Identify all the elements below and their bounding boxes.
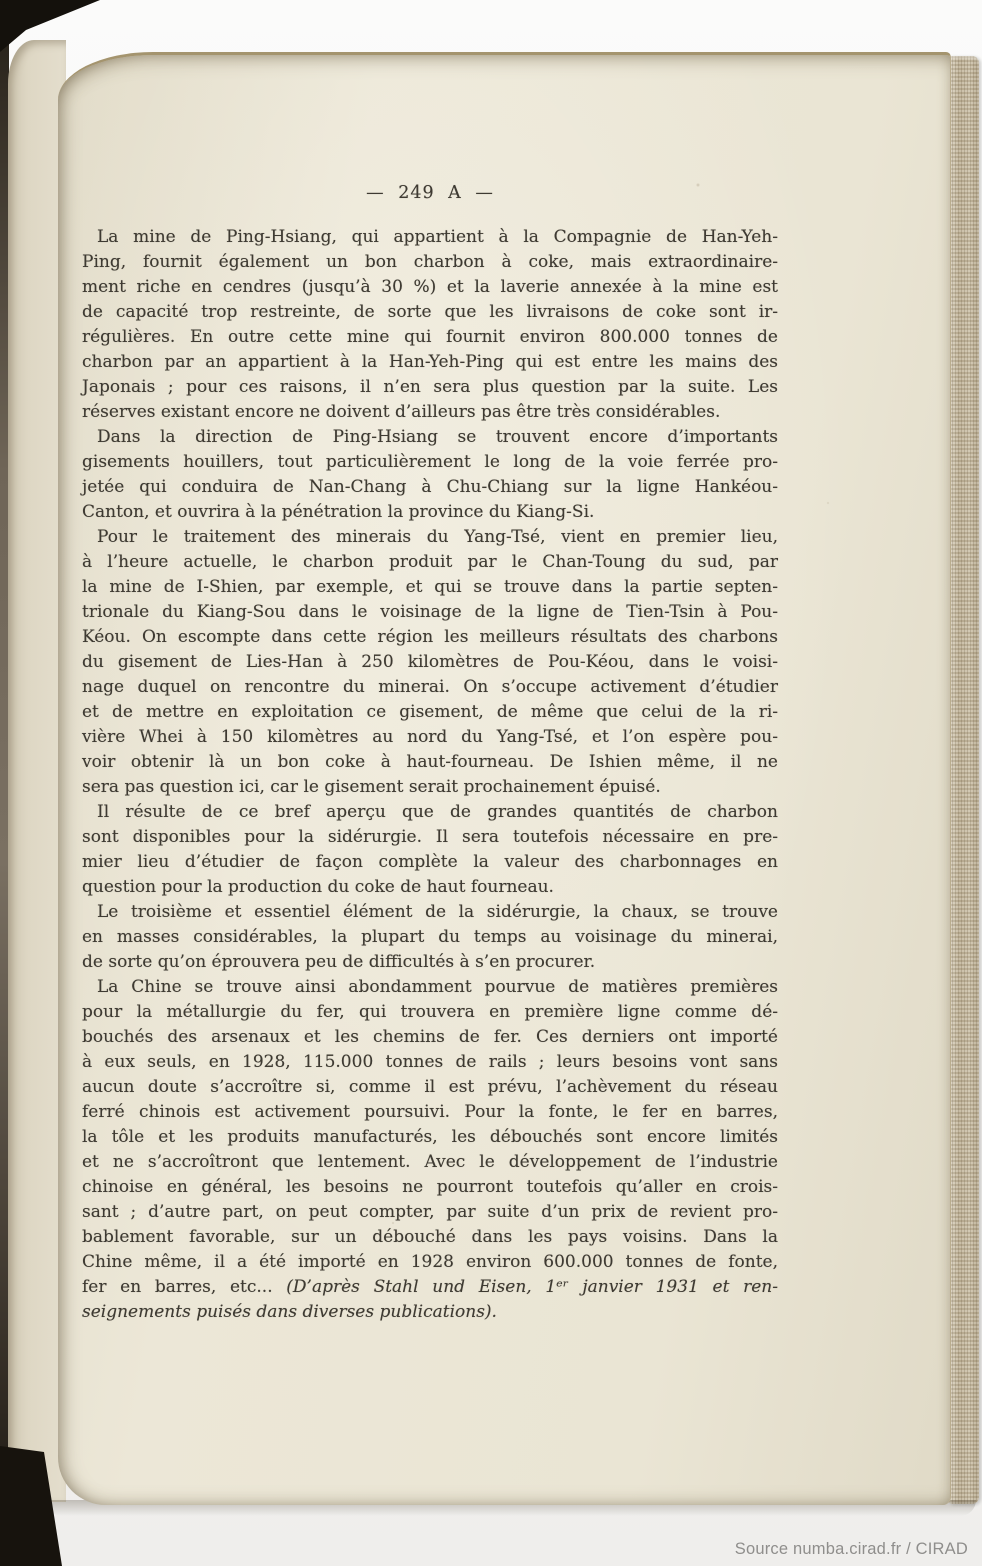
text-line: Japonais ; pour ces raisons, il n’en ser…	[82, 375, 778, 400]
text-line: aucun doute s’accroître si, comme il est…	[82, 1075, 778, 1100]
text-line: ment riche en cendres (jusqu’à 30 %) et …	[82, 275, 778, 300]
text-line: mier lieu d’étudier de façon complète la…	[82, 850, 778, 875]
text-line: Kéou. On escompte dans cette région les …	[82, 625, 778, 650]
text-line: et de mettre en exploitation ce gisement…	[82, 700, 778, 725]
text-line: sont disponibles pour la sidérurgie. Il …	[82, 825, 778, 850]
text-line: voir obtenir là un bon coke à haut-fourn…	[82, 750, 778, 775]
text-line: la tôle et les produits manufacturés, le…	[82, 1125, 778, 1150]
text-line: sant ; d’autre part, on peut compter, pa…	[82, 1200, 778, 1225]
text-line: vière Whei à 150 kilomètres au nord du Y…	[82, 725, 778, 750]
paragraph: Dans la direction de Ping-Hsiang se trou…	[82, 425, 778, 525]
text-line: question pour la production du coke de h…	[82, 875, 778, 900]
text-line: Le troisième et essentiel élément de la …	[82, 900, 778, 925]
text-line: seignements puisés dans diverses publica…	[82, 1300, 778, 1325]
page-number: — 249 A —	[82, 181, 778, 206]
text-line: en masses considérables, la plupart du t…	[82, 925, 778, 950]
text-line: à l’heure actuelle, le charbon produit p…	[82, 550, 778, 575]
text-line: pour la métallurgie du fer, qui trouvera…	[82, 1000, 778, 1025]
text-line: ferré chinois est activement poursuivi. …	[82, 1100, 778, 1125]
text-line: Ping, fournit également un bon charbon à…	[82, 250, 778, 275]
text-line: Pour le traitement des minerais du Yang-…	[82, 525, 778, 550]
text-line: à eux seuls, en 1928, 115.000 tonnes de …	[82, 1050, 778, 1075]
citation-italic-part: (D’après Stahl und Eisen, 1ᵉʳ janvier 19…	[286, 1277, 778, 1297]
text-line: Canton, et ouvrira à la pénétration la p…	[82, 500, 778, 525]
paragraph: La mine de Ping-Hsiang, qui appartient à…	[82, 225, 778, 425]
text-line: bouchés des arsenaux et les chemins de f…	[82, 1025, 778, 1050]
text-line: de sorte qu’on éprouvera peu de difficul…	[82, 950, 778, 975]
paragraph: Le troisième et essentiel élément de la …	[82, 900, 778, 975]
text-line: Il résulte de ce bref aperçu que de gran…	[82, 800, 778, 825]
text-line: réserves existant encore ne doivent d’ai…	[82, 400, 778, 425]
paragraph: Pour le traitement des minerais du Yang-…	[82, 525, 778, 800]
text-line: gisements houillers, tout particulièreme…	[82, 450, 778, 475]
book-scan: — 249 A — La mine de Ping-Hsiang, qui ap…	[0, 0, 982, 1566]
text-line: régulières. En outre cette mine qui four…	[82, 325, 778, 350]
text-line: nage duquel on rencontre du minerai. On …	[82, 675, 778, 700]
text-line: bablement favorable, sur un débouché dan…	[82, 1225, 778, 1250]
text-line: trionale du Kiang-Sou dans le voisinage …	[82, 600, 778, 625]
printed-text: — 249 A — La mine de Ping-Hsiang, qui ap…	[82, 181, 778, 1325]
text-line: La Chine se trouve ainsi abondamment pou…	[82, 975, 778, 1000]
text-line: de capacité trop restreinte, de sorte qu…	[82, 300, 778, 325]
text-line: fer en barres, etc... (D’après Stahl und…	[82, 1275, 778, 1300]
book-page: — 249 A — La mine de Ping-Hsiang, qui ap…	[58, 52, 951, 1505]
text-line: chinoise en général, les besoins ne pour…	[82, 1175, 778, 1200]
text-line: Chine même, il a été importé en 1928 env…	[82, 1250, 778, 1275]
text-line: du gisement de Lies-Han à 250 kilomètres…	[82, 650, 778, 675]
paragraph: La Chine se trouve ainsi abondamment pou…	[82, 975, 778, 1325]
source-watermark: Source numba.cirad.fr / CIRAD	[735, 1540, 968, 1559]
paragraph: Il résulte de ce bref aperçu que de gran…	[82, 800, 778, 900]
text-line: charbon par an appartient à la Han-Yeh-P…	[82, 350, 778, 375]
text-line: Dans la direction de Ping-Hsiang se trou…	[82, 425, 778, 450]
text-line: La mine de Ping-Hsiang, qui appartient à…	[82, 225, 778, 250]
text-line: la mine de I-Shien, par exemple, et qui …	[82, 575, 778, 600]
text-line: sera pas question ici, car le gisement s…	[82, 775, 778, 800]
text-line: et ne s’accroîtront que lentement. Avec …	[82, 1150, 778, 1175]
text-line: jetée qui conduira de Nan-Chang à Chu-Ch…	[82, 475, 778, 500]
citation-roman-part: fer en barres, etc...	[82, 1277, 286, 1297]
page-stack-edge	[949, 56, 979, 1504]
